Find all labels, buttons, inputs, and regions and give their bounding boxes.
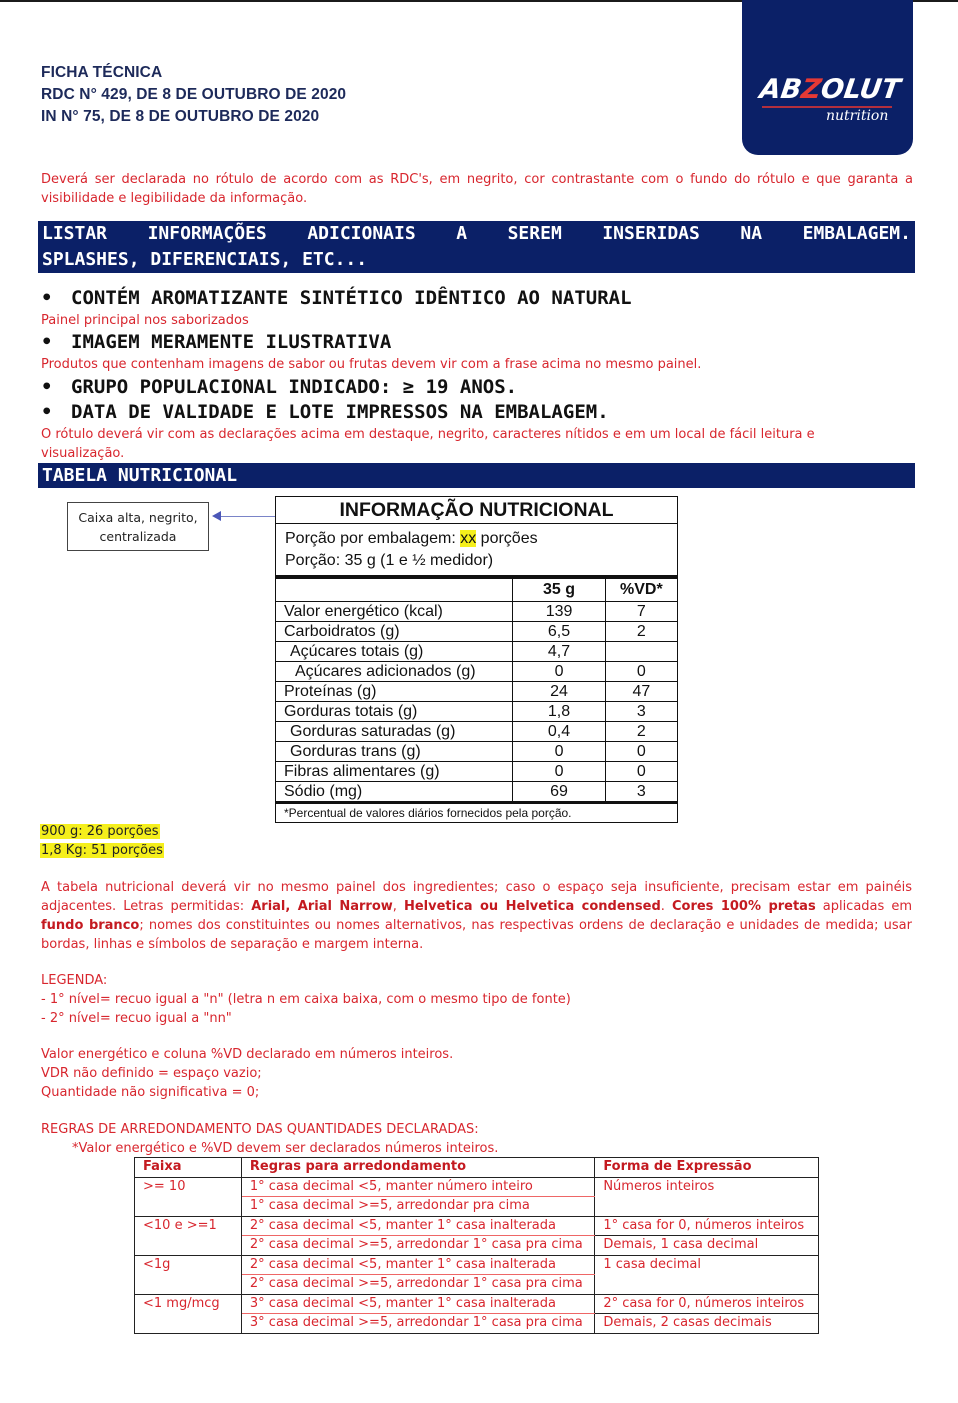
callout-box: Caixa alta, negrito, centralizada bbox=[67, 502, 209, 551]
table-rules-paragraph: A tabela nutricional deverá vir no mesmo… bbox=[41, 878, 912, 954]
nutrient-vd: 2 bbox=[605, 621, 677, 641]
bullet-text: GRUPO POPULACIONAL INDICADO: ≥ 19 ANOS. bbox=[71, 376, 517, 398]
banner-word: INFORMAÇÕES bbox=[148, 221, 267, 247]
banner-word: INSERIDAS bbox=[602, 221, 700, 247]
para-text: ; nomes dos constituintes ou nomes alter… bbox=[41, 918, 912, 952]
rounding-expression: 1 casa decimal bbox=[595, 1255, 819, 1294]
para-bold: Helvetica ou Helvetica condensed bbox=[404, 899, 661, 914]
arrow-left-icon bbox=[212, 511, 221, 521]
col-header-rules: Regras para arredondamento bbox=[241, 1158, 594, 1178]
rounding-range: <1g bbox=[135, 1255, 242, 1294]
brand-part-right: OLUT bbox=[819, 74, 902, 105]
col-header-expression: Forma de Expressão bbox=[595, 1158, 819, 1178]
nutrition-row: Gorduras saturadas (g)0,42 bbox=[276, 721, 677, 741]
nutrient-amount: 6,5 bbox=[513, 621, 605, 641]
banner-line-2: SPLASHES, DIFERENCIAIS, ETC... bbox=[42, 247, 911, 273]
bullet-text: DATA DE VALIDADE E LOTE IMPRESSOS NA EMB… bbox=[71, 401, 609, 423]
para-bold: Cores 100% pretas bbox=[672, 899, 816, 914]
rounding-row: <10 e >=12° casa decimal <5, manter 1° c… bbox=[135, 1216, 819, 1236]
nutrient-vd: 0 bbox=[605, 661, 677, 681]
legend-item: - 1° nível= recuo igual a "n" (letra n e… bbox=[41, 990, 571, 1009]
rounding-range: <1 mg/mcg bbox=[135, 1294, 242, 1333]
nutrition-footnote: *Percentual de valores diários fornecido… bbox=[276, 804, 677, 822]
para-bold: Arial, Arial Narrow bbox=[251, 899, 393, 914]
nutrient-vd: 3 bbox=[605, 701, 677, 721]
header-line-in: IN N° 75, DE 8 DE OUTUBRO DE 2020 bbox=[41, 106, 346, 128]
header-line-rdc: RDC N° 429, DE 8 DE OUTUBRO DE 2020 bbox=[41, 84, 346, 106]
portions-unit: porções bbox=[481, 530, 538, 547]
nutrient-vd: 2 bbox=[605, 721, 677, 741]
rounding-row: >= 101° casa decimal <5, manter número i… bbox=[135, 1177, 819, 1197]
nutrition-facts-table: INFORMAÇÃO NUTRICIONAL Porção por embala… bbox=[275, 496, 678, 823]
rounding-header-row: Faixa Regras para arredondamento Forma d… bbox=[135, 1158, 819, 1178]
rounding-range: >= 10 bbox=[135, 1177, 242, 1216]
rounding-expression: 1° casa for 0, números inteiros bbox=[595, 1216, 819, 1236]
bullet-item: •IMAGEM MERAMENTE ILUSTRATIVA bbox=[41, 331, 391, 353]
nutrient-vd bbox=[605, 641, 677, 661]
rounding-rules-table: Faixa Regras para arredondamento Forma d… bbox=[134, 1157, 819, 1334]
nutrient-label: Gorduras trans (g) bbox=[276, 741, 513, 761]
para-bold: fundo branco bbox=[41, 918, 139, 933]
nutrition-row: Fibras alimentares (g)00 bbox=[276, 761, 677, 781]
nutrition-title: INFORMAÇÃO NUTRICIONAL bbox=[276, 497, 677, 524]
portion-size: Porção: 35 g (1 e ½ medidor) bbox=[285, 550, 668, 572]
banner-word: LISTAR bbox=[42, 221, 107, 247]
rounding-range: <10 e >=1 bbox=[135, 1216, 242, 1255]
rounding-rule: 3° casa decimal >=5, arredondar 1° casa … bbox=[241, 1314, 594, 1334]
nutrient-label: Carboidratos (g) bbox=[276, 621, 513, 641]
nutrition-header-row: 35 g %VD* bbox=[276, 579, 677, 601]
document-header: FICHA TÉCNICA RDC N° 429, DE 8 DE OUTUBR… bbox=[41, 62, 346, 128]
bullet-text: IMAGEM MERAMENTE ILUSTRATIVA bbox=[71, 331, 391, 353]
portions-900g: 900 g: 26 porções bbox=[40, 824, 160, 839]
nutrient-vd: 7 bbox=[605, 601, 677, 621]
nutrient-amount: 0 bbox=[513, 741, 605, 761]
nutrient-label: Gorduras totais (g) bbox=[276, 701, 513, 721]
legend-item: - 2° nível= recuo igual a "nn" bbox=[41, 1009, 571, 1028]
rounding-expression: Demais, 2 casas decimais bbox=[595, 1314, 819, 1334]
declaration-note: Valor energético e coluna %VD declarado … bbox=[41, 1045, 453, 1064]
col-header-range: Faixa bbox=[135, 1158, 242, 1178]
banner-word: A bbox=[456, 221, 467, 247]
banner-word: EMBALAGEM. bbox=[803, 221, 911, 247]
declaration-note: VDR não definido = espaço vazio; bbox=[41, 1064, 453, 1083]
callout-line: Caixa alta, negrito, bbox=[68, 508, 208, 527]
intro-note: Deverá ser declarada no rótulo de acordo… bbox=[41, 170, 913, 208]
col-header-vd: %VD* bbox=[605, 579, 677, 601]
bullet-item: •DATA DE VALIDADE E LOTE IMPRESSOS NA EM… bbox=[41, 401, 609, 423]
nutrition-row: Sódio (mg)693 bbox=[276, 781, 677, 802]
portions-value: xx bbox=[460, 530, 476, 547]
nutrient-label: Valor energético (kcal) bbox=[276, 601, 513, 621]
rounding-rule: 1° casa decimal >=5, arredondar pra cima bbox=[241, 1197, 594, 1217]
bullet-item: •GRUPO POPULACIONAL INDICADO: ≥ 19 ANOS. bbox=[41, 376, 517, 398]
legend-title: LEGENDA: bbox=[41, 971, 571, 990]
brand-logo: ABZOLUT nutrition bbox=[742, 0, 913, 155]
brand-wordmark: ABZOLUT bbox=[758, 74, 902, 105]
portions-1-8kg: 1,8 Kg: 51 porções bbox=[40, 843, 164, 858]
nutrient-label: Gorduras saturadas (g) bbox=[276, 721, 513, 741]
nutrition-row: Gorduras trans (g)00 bbox=[276, 741, 677, 761]
nutrition-row: Gorduras totais (g)1,83 bbox=[276, 701, 677, 721]
rounding-rule: 2° casa decimal >=5, arredondar 1° casa … bbox=[241, 1236, 594, 1256]
brand-subtitle: nutrition bbox=[826, 108, 888, 124]
nutrient-vd: 0 bbox=[605, 741, 677, 761]
brand-part-left: AB bbox=[758, 74, 804, 105]
nutrient-amount: 0,4 bbox=[513, 721, 605, 741]
nutrient-vd: 47 bbox=[605, 681, 677, 701]
nutrient-label: Açúcares adicionados (g) bbox=[276, 661, 513, 681]
bullet-item: •CONTÉM AROMATIZANTE SINTÉTICO IDÊNTICO … bbox=[41, 287, 632, 309]
rounding-subtitle: *Valor energético e %VD devem ser declar… bbox=[72, 1139, 498, 1158]
declaration-note: Quantidade não significativa = 0; bbox=[41, 1083, 453, 1102]
nutrient-amount: 4,7 bbox=[513, 641, 605, 661]
rounding-rule: 3° casa decimal <5, manter 1° casa inalt… bbox=[241, 1294, 594, 1314]
bullet-note: O rótulo deverá vir com as declarações a… bbox=[41, 425, 861, 463]
bullet-icon: • bbox=[41, 331, 71, 353]
nutrient-amount: 0 bbox=[513, 761, 605, 781]
nutrition-row: Açúcares adicionados (g)00 bbox=[276, 661, 677, 681]
nutrient-vd: 0 bbox=[605, 761, 677, 781]
legend: LEGENDA: - 1° nível= recuo igual a "n" (… bbox=[41, 971, 571, 1028]
header-line-title: FICHA TÉCNICA bbox=[41, 62, 346, 84]
rounding-rule: 1° casa decimal <5, manter número inteir… bbox=[241, 1177, 594, 1197]
rounding-row: <1 mg/mcg3° casa decimal <5, manter 1° c… bbox=[135, 1294, 819, 1314]
nutrition-row: Proteínas (g)2447 bbox=[276, 681, 677, 701]
bullet-note: Painel principal nos saborizados bbox=[41, 311, 249, 330]
nutrient-label: Fibras alimentares (g) bbox=[276, 761, 513, 781]
rounding-rule: 2° casa decimal <5, manter 1° casa inalt… bbox=[241, 1216, 594, 1236]
declaration-notes: Valor energético e coluna %VD declarado … bbox=[41, 1045, 453, 1102]
nutrient-label: Proteínas (g) bbox=[276, 681, 513, 701]
rounding-expression: 2° casa for 0, números inteiros bbox=[595, 1294, 819, 1314]
bullet-text: CONTÉM AROMATIZANTE SINTÉTICO IDÊNTICO A… bbox=[71, 287, 632, 309]
col-header-nutrient bbox=[276, 579, 513, 601]
nutrition-row: Carboidratos (g)6,52 bbox=[276, 621, 677, 641]
banner-word: SEREM bbox=[508, 221, 562, 247]
nutrient-vd: 3 bbox=[605, 781, 677, 802]
bullet-icon: • bbox=[41, 287, 71, 309]
bullet-note: Produtos que contenham imagens de sabor … bbox=[41, 355, 701, 374]
bullet-icon: • bbox=[41, 401, 71, 423]
nutrient-amount: 1,8 bbox=[513, 701, 605, 721]
bullet-icon: • bbox=[41, 376, 71, 398]
portion-info: Porção por embalagem: xx porções Porção:… bbox=[276, 524, 677, 579]
rounding-expression: Números inteiros bbox=[595, 1177, 819, 1216]
para-text: . bbox=[661, 899, 672, 914]
callout-arrow-line bbox=[220, 516, 276, 517]
nutrient-label: Sódio (mg) bbox=[276, 781, 513, 802]
nutrient-amount: 0 bbox=[513, 661, 605, 681]
portions-per-package: Porção por embalagem: xx porções bbox=[285, 528, 668, 550]
nutrient-label: Açúcares totais (g) bbox=[276, 641, 513, 661]
portions-label: Porção por embalagem: bbox=[285, 530, 456, 547]
rounding-row: <1g2° casa decimal <5, manter 1° casa in… bbox=[135, 1255, 819, 1275]
rounding-expression: Demais, 1 casa decimal bbox=[595, 1236, 819, 1256]
para-text: , bbox=[393, 899, 404, 914]
para-text: aplicadas em bbox=[816, 899, 912, 914]
nutrition-row: Valor energético (kcal)1397 bbox=[276, 601, 677, 621]
col-header-amount: 35 g bbox=[513, 579, 605, 601]
nutrition-row: Açúcares totais (g)4,7 bbox=[276, 641, 677, 661]
rounding-rule: 2° casa decimal >=5, arredondar 1° casa … bbox=[241, 1275, 594, 1295]
nutrient-amount: 139 bbox=[513, 601, 605, 621]
banner-line-1: LISTARINFORMAÇÕESADICIONAISASEREMINSERID… bbox=[42, 221, 911, 247]
nutrient-amount: 69 bbox=[513, 781, 605, 802]
rounding-title: REGRAS DE ARREDONDAMENTO DAS QUANTIDADES… bbox=[41, 1120, 479, 1139]
nutrient-amount: 24 bbox=[513, 681, 605, 701]
rounding-rule: 2° casa decimal <5, manter 1° casa inalt… bbox=[241, 1255, 594, 1275]
nutrition-grid: 35 g %VD* Valor energético (kcal)1397Car… bbox=[276, 579, 677, 804]
banner-additional-info: LISTARINFORMAÇÕESADICIONAISASEREMINSERID… bbox=[38, 221, 915, 273]
callout-line: centralizada bbox=[68, 527, 208, 546]
banner-table-section: TABELA NUTRICIONAL bbox=[38, 463, 915, 488]
banner-word: ADICIONAIS bbox=[307, 221, 415, 247]
package-portions: 900 g: 26 porções 1,8 Kg: 51 porções bbox=[40, 822, 164, 860]
banner-word: NA bbox=[740, 221, 762, 247]
